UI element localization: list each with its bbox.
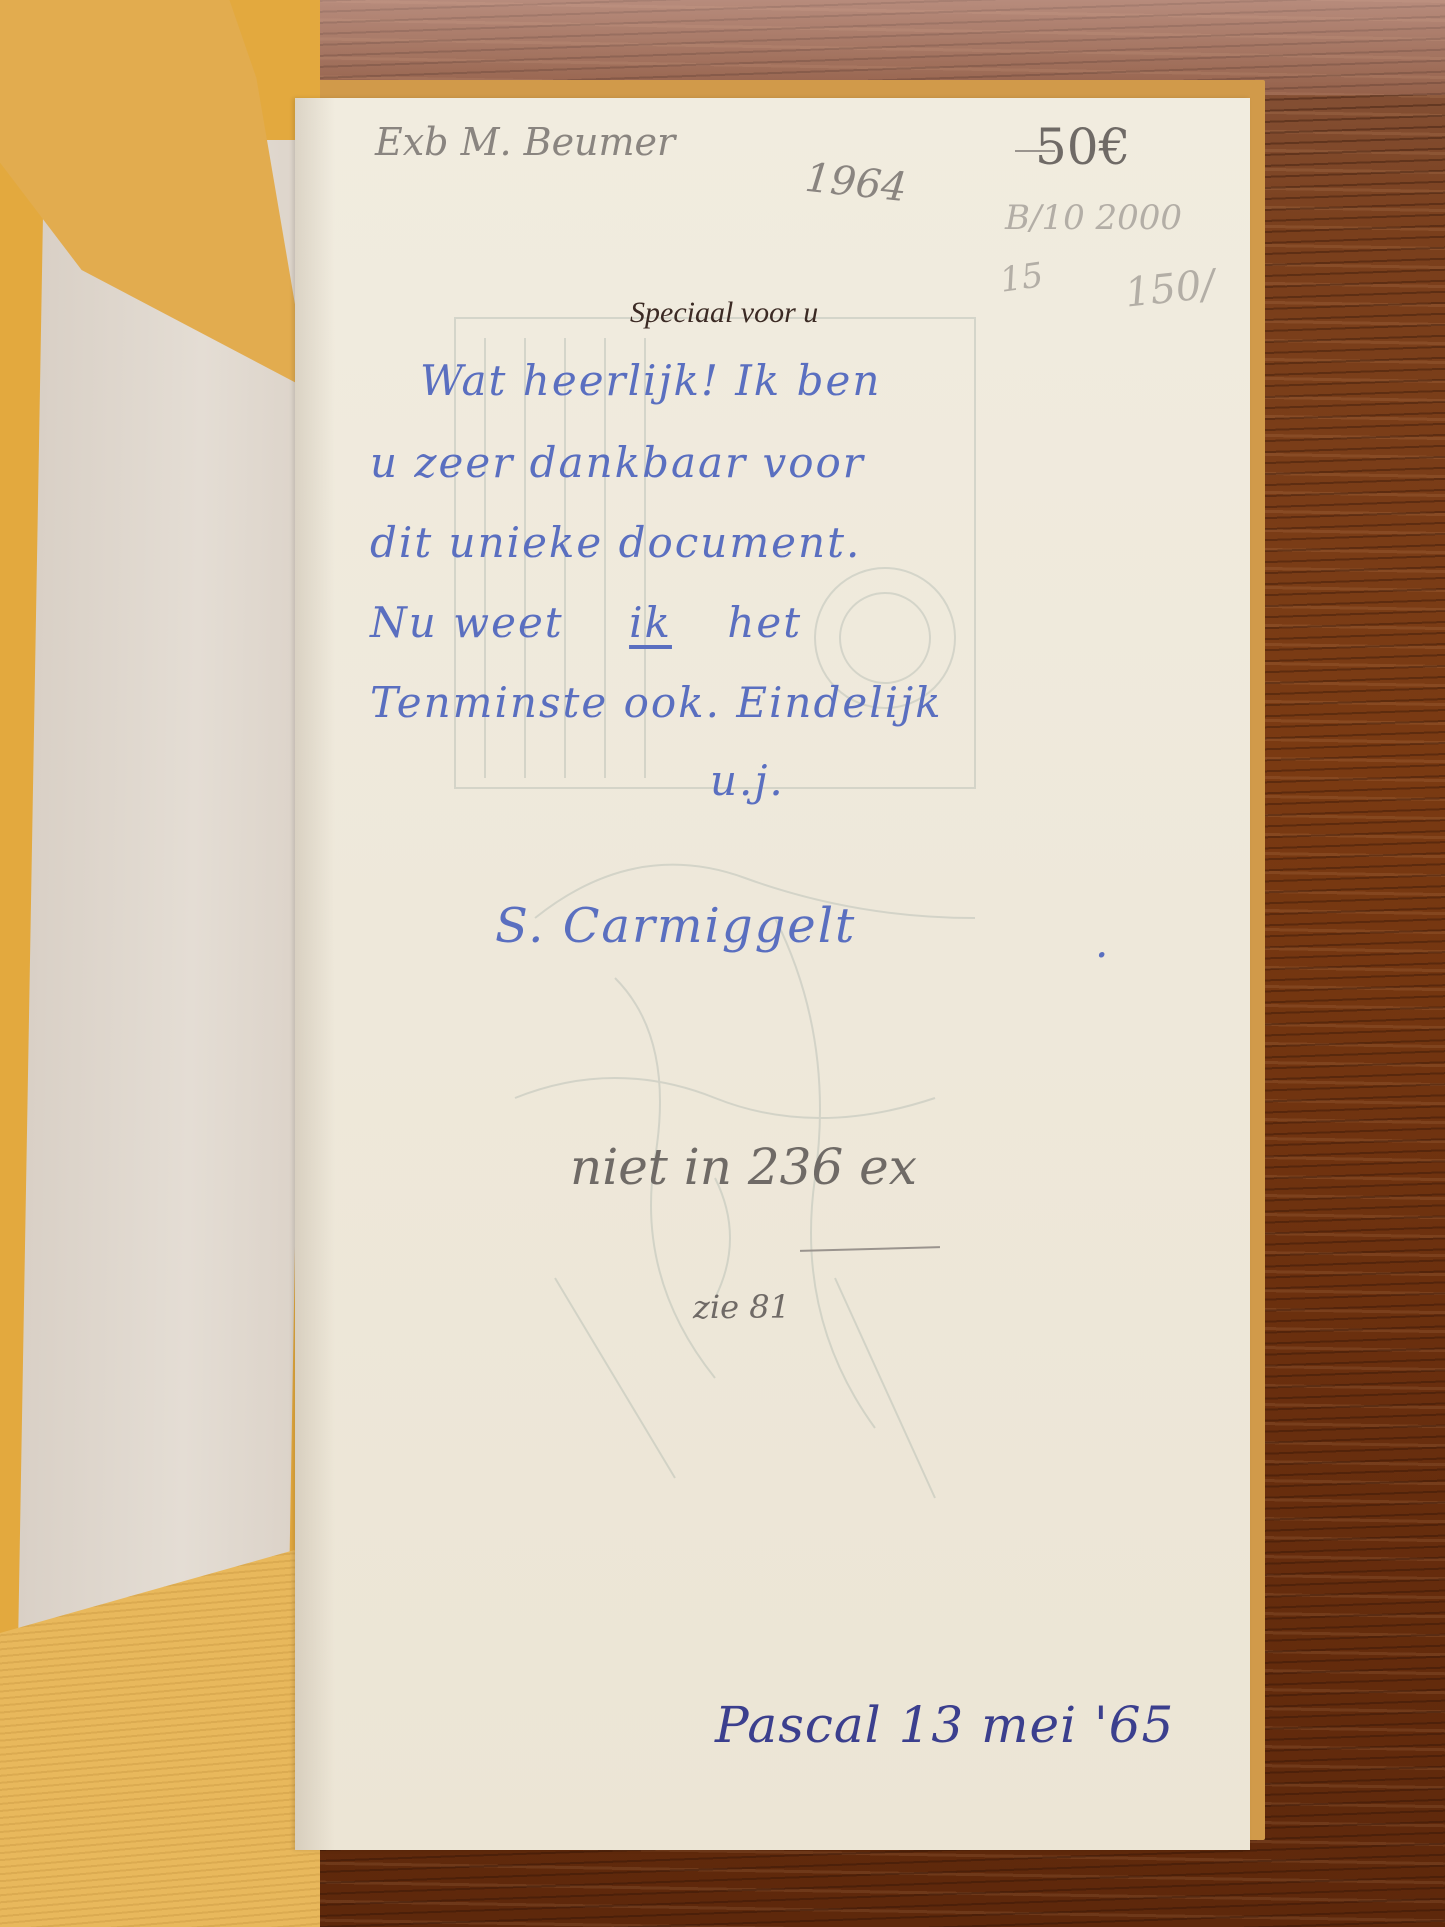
year-note: 1964 — [803, 155, 909, 211]
inscription-word-ik-underlined: ik — [629, 598, 672, 647]
gutter-shadow — [295, 98, 335, 1850]
inscription-line-3: dit unieke document. — [370, 518, 861, 567]
crossed-mark: 15 — [997, 255, 1045, 301]
inscription-line-1: Wat heerlijk! Ik ben — [420, 356, 881, 405]
code-note: B/10 2000 — [1005, 198, 1182, 238]
edition-note: niet in 236 ex — [570, 1138, 917, 1196]
reference-note: zie 81 — [693, 1288, 790, 1326]
left-flyleaf — [16, 140, 315, 1780]
inscription-line-4: Nu weet ik het — [370, 598, 802, 647]
inscription-line-5: Tenminste ook. Eindelijk — [370, 678, 943, 727]
signature-dot: . — [1095, 918, 1110, 967]
title-page: Exb M. Beumer 1964 50€ B/10 2000 15 150/… — [295, 98, 1250, 1850]
alt-price-note: 150/ — [1123, 261, 1217, 316]
inscription-line-2: u zeer dankbaar voor — [370, 438, 865, 487]
author-signature: S. Carmiggelt — [495, 898, 856, 954]
printed-heading: Speciaal voor u — [630, 296, 818, 330]
price-note: 50€ — [1035, 118, 1130, 176]
price-dash — [1015, 150, 1055, 152]
inscription-closing: u.j. — [710, 756, 785, 805]
provenance-note: Exb M. Beumer — [375, 120, 675, 164]
inscription-word-nu-weet: Nu weet — [370, 598, 564, 647]
dedication-date: Pascal 13 mei '65 — [715, 1696, 1174, 1754]
inscription-word-het: het — [727, 598, 802, 647]
